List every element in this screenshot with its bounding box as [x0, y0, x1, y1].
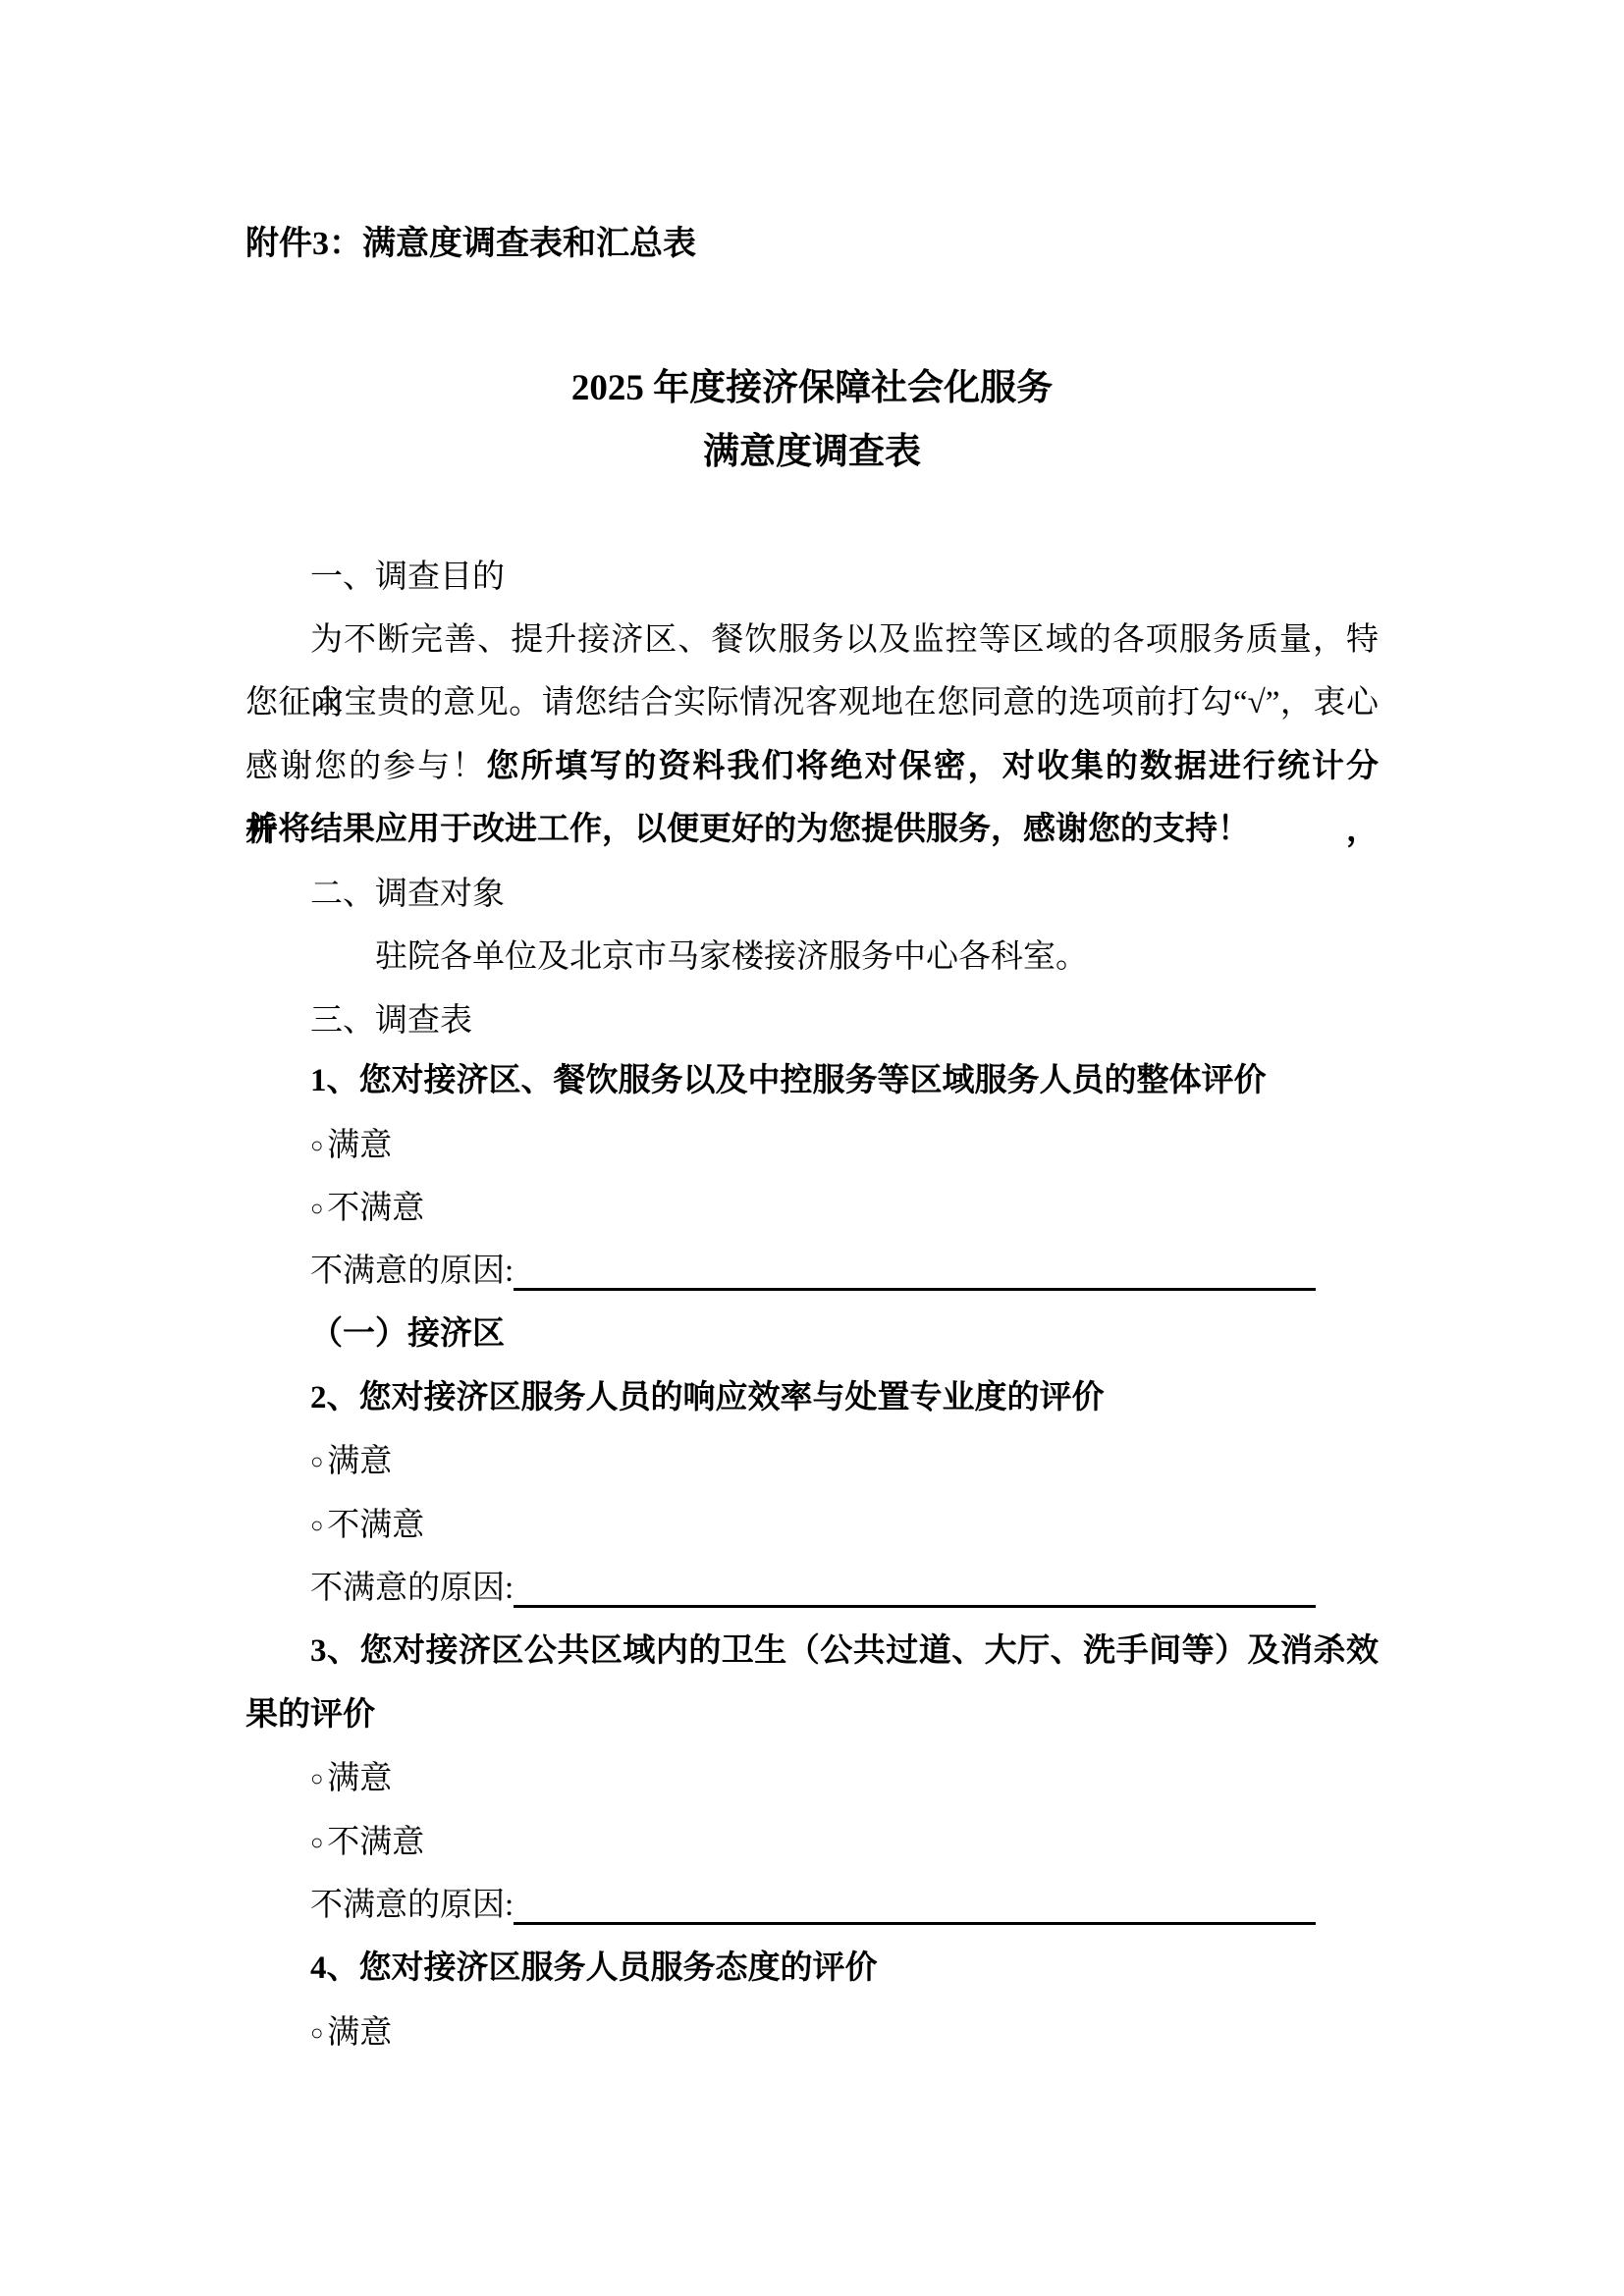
radio-circle-icon: ○ [310, 1830, 327, 1854]
section-1-heading: （一）接济区 [245, 1303, 1379, 1366]
attachment-heading: 附件3：满意度调查表和汇总表 [245, 212, 1379, 276]
radio-circle-icon: ○ [310, 1513, 327, 1537]
option-label: 不满意 [327, 1825, 424, 1860]
q1-option-unsatisfied[interactable]: ○不满意 [245, 1176, 1379, 1240]
purpose-paragraph-line1: 为不断完善、提升接济区、餐饮服务以及监控等区域的各项服务质量，特向 [245, 609, 1379, 672]
q3-reason-row: 不满意的原因: [245, 1874, 1379, 1938]
q1-reason-blank-line[interactable] [514, 1240, 1316, 1291]
option-label: 满意 [327, 2015, 392, 2051]
q3-option-unsatisfied[interactable]: ○不满意 [245, 1810, 1379, 1874]
question-2-label: 2、您对接济区服务人员的响应效率与处置专业度的评价 [245, 1366, 1379, 1430]
option-label: 满意 [327, 1444, 392, 1479]
radio-circle-icon: ○ [310, 1196, 327, 1220]
q3-reason-blank-line[interactable] [514, 1874, 1316, 1925]
document-page: 附件3：满意度调查表和汇总表 2025 年度接济保障社会化服务 满意度调查表 一… [0, 0, 1624, 2296]
question-1-label: 1、您对接济区、餐饮服务以及中控服务等区域服务人员的整体评价 [245, 1049, 1379, 1113]
q3-option-satisfied[interactable]: ○满意 [245, 1746, 1379, 1810]
q2-reason-blank-line[interactable] [514, 1557, 1316, 1608]
radio-circle-icon: ○ [310, 1449, 327, 1473]
reason-label: 不满意的原因: [310, 1240, 514, 1304]
q1-reason-row: 不满意的原因: [245, 1240, 1379, 1304]
option-label: 不满意 [327, 1508, 424, 1543]
option-label: 满意 [327, 1761, 392, 1796]
purpose-paragraph-line3: 感谢您的参与！您所填写的资料我们将绝对保密，对收集的数据进行统计分析， [245, 735, 1379, 799]
q2-option-satisfied[interactable]: ○满意 [245, 1429, 1379, 1493]
purpose-heading: 一、调查目的 [245, 546, 1379, 610]
q2-reason-row: 不满意的原因: [245, 1557, 1379, 1621]
question-4-label: 4、您对接济区服务人员服务态度的评价 [245, 1937, 1379, 2001]
q1-option-satisfied[interactable]: ○满意 [245, 1113, 1379, 1177]
purpose-paragraph-line4: 并将结果应用于改进工作，以便更好的为您提供服务，感谢您的支持！ [245, 798, 1379, 862]
purpose-paragraph-line2: 您征求宝贵的意见。请您结合实际情况客观地在您同意的选项前打勾“√”，衷心 [245, 671, 1379, 735]
radio-circle-icon: ○ [310, 1133, 327, 1157]
survey-heading: 三、调查表 [245, 989, 1379, 1053]
option-label: 不满意 [327, 1191, 424, 1226]
radio-circle-icon: ○ [310, 1766, 327, 1790]
question-3-label-line2: 果的评价 [245, 1683, 1379, 1747]
reason-label: 不满意的原因: [310, 1874, 514, 1938]
option-label: 满意 [327, 1128, 392, 1163]
target-body: 驻院各单位及北京市马家楼接济服务中心各科室。 [245, 926, 1379, 989]
q2-option-unsatisfied[interactable]: ○不满意 [245, 1493, 1379, 1557]
q4-option-satisfied[interactable]: ○满意 [245, 2001, 1379, 2064]
document-subtitle: 满意度调查表 [245, 420, 1379, 484]
target-heading: 二、调查对象 [245, 863, 1379, 927]
question-3-label-line1: 3、您对接济区公共区域内的卫生（公共过道、大厅、洗手间等）及消杀效 [245, 1620, 1379, 1683]
document-title: 2025 年度接济保障社会化服务 [245, 356, 1379, 420]
radio-circle-icon: ○ [310, 2020, 327, 2045]
reason-label: 不满意的原因: [310, 1557, 514, 1621]
purpose-line3-regular: 感谢您的参与！ [245, 749, 486, 784]
